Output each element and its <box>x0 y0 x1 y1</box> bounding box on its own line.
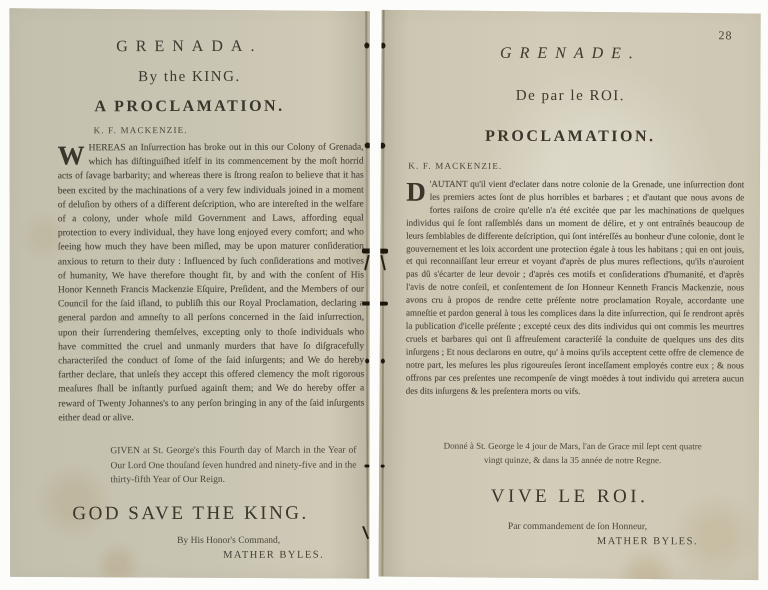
signatory-name: K. F. MACKENZIE. <box>408 161 502 171</box>
stitch-knot <box>381 465 385 468</box>
dateline: Donné à St. George le 4 jour de Mars, l'… <box>440 440 706 468</box>
proclamation-heading: A PROCLAMATION. <box>7 98 371 117</box>
binding-crease-left <box>365 6 369 582</box>
stitch-knot <box>364 465 369 468</box>
stitch-knot <box>379 302 388 306</box>
signature-name: MATHER BYLES. <box>547 536 747 547</box>
signature-name: MATHER BYLES. <box>179 550 369 561</box>
body-paragraph: WHEREAS an Inſurrection has broke out in… <box>58 141 365 426</box>
stitch-knot <box>378 249 388 254</box>
left-page: GRENADA. By the KING. A PROCLAMATION. K.… <box>7 6 373 583</box>
signatory-name: K. F. MACKENZIE. <box>94 125 188 135</box>
byline: Par commandement de ſon Honneur, <box>468 522 688 532</box>
stitch-knot <box>364 43 369 49</box>
right-page: 28 GRENADE. De par le ROI. PROCLAMATION.… <box>377 8 762 583</box>
drop-cap: W <box>58 141 89 168</box>
drop-cap: D <box>406 178 430 205</box>
stitch-knot <box>362 249 372 254</box>
body-paragraph: D'AUTANT qu'il vient d'eclater dans notr… <box>406 178 744 398</box>
proclamation-heading: PROCLAMATION. <box>378 128 762 147</box>
stitch-knot <box>362 302 371 306</box>
stitch-knot <box>365 359 369 364</box>
stitch-knot <box>381 359 385 364</box>
dateline: GIVEN at St. George's this Fourth day of… <box>110 444 356 488</box>
byline: By His Honor's Command, <box>129 536 329 547</box>
closing-line: GOD SAVE THE KING. <box>9 503 373 526</box>
stitch-knot <box>379 143 385 149</box>
stitch-knot <box>381 43 386 49</box>
page-number: 28 <box>719 28 733 43</box>
stitch-knot <box>365 143 371 149</box>
body-paragraph-text: HEREAS an Inſurrection has broke out in … <box>58 143 365 424</box>
body-paragraph-text: 'AUTANT qu'il vient d'eclater dans notre… <box>406 179 744 396</box>
page-title: GRENADE. <box>378 45 762 64</box>
closing-line: VIVE LE ROI. <box>378 486 762 509</box>
page-subtitle: By the KING. <box>7 69 371 87</box>
page-title: GRENADA. <box>7 38 371 57</box>
document-scan: GRENADA. By the KING. A PROCLAMATION. K.… <box>0 0 768 590</box>
page-subtitle: De par le ROI. <box>378 88 762 106</box>
